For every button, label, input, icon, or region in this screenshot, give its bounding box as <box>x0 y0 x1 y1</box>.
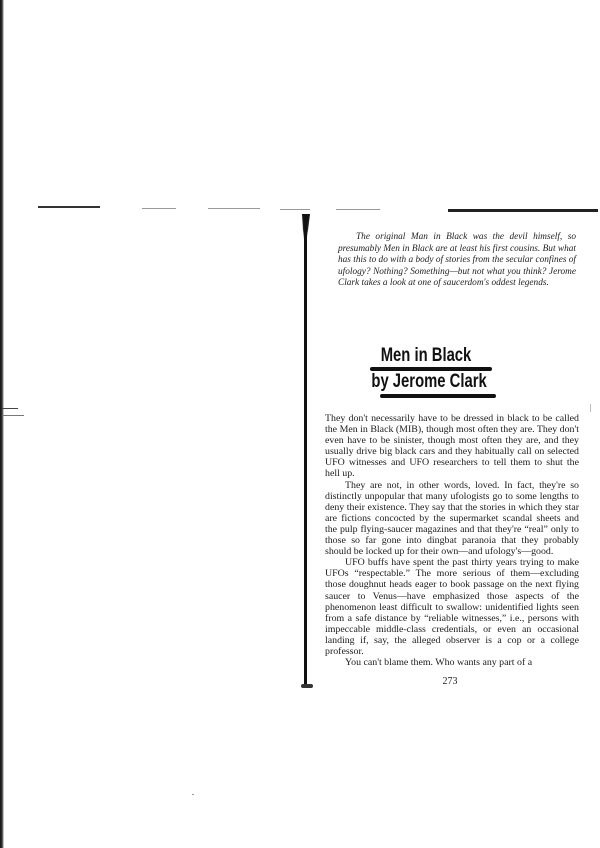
scan-rule <box>448 209 598 212</box>
scan-left-edge <box>0 0 4 848</box>
binding-gutter-foot <box>301 684 313 688</box>
scan-rule <box>142 208 176 209</box>
scan-speck <box>590 404 591 412</box>
scan-rule <box>208 208 260 209</box>
body-paragraph: You can't blame them. Who wants any part… <box>325 657 579 668</box>
scan-rule <box>280 209 310 210</box>
article-body: They don't necessarily have to be dresse… <box>325 413 579 668</box>
byline-underline <box>380 394 496 398</box>
intro-blurb: The original Man in Black was the devil … <box>338 232 576 290</box>
scan-edge-mark <box>2 415 24 416</box>
scan-rule <box>38 206 100 208</box>
article-title: Men in Black <box>371 346 480 366</box>
body-paragraph: UFO buffs have spent the past thirty yea… <box>325 557 579 657</box>
article-title-block: Men in Black by Jerome Clark <box>356 346 496 392</box>
page-number: 273 <box>430 676 470 687</box>
scan-speck <box>192 794 194 795</box>
body-paragraph: They don't necessarily have to be dresse… <box>325 413 579 480</box>
scan-edge-mark <box>2 408 18 409</box>
scan-rule <box>336 209 380 210</box>
binding-gutter-bar <box>304 216 307 688</box>
body-paragraph: They are not, in other words, loved. In … <box>325 480 579 558</box>
article-byline: by Jerome Clark <box>371 372 480 392</box>
